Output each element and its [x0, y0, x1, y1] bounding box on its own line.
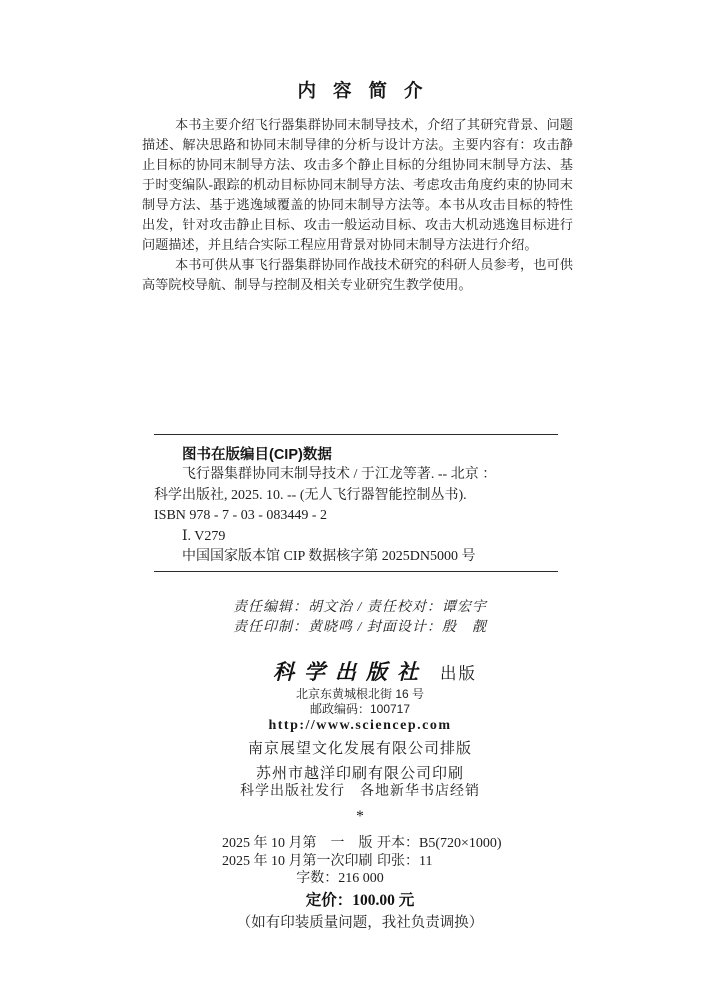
quality-note: （如有印装质量问题，我社负责调换）: [0, 913, 720, 933]
distribution-line: 科学出版社发行 各地新华书店经销: [0, 783, 720, 801]
cip-header: 图书在版编目(CIP)数据: [154, 445, 558, 465]
credits-printing-line: 责任印制：黄晓鸣 / 封面设计：殷 靓: [0, 618, 720, 638]
cip-divider-bottom: [154, 571, 558, 572]
publisher-address: 北京东黄城根北街 16 号: [0, 687, 720, 701]
impression-date: 2025 年 10 月第一次印刷: [222, 853, 373, 870]
cip-data-block: 图书在版编目(CIP)数据 飞行器集群协同末制导技术 / 于江龙等著. -- 北…: [154, 445, 558, 567]
format-size: 开本：B5(720×1000): [377, 835, 502, 852]
page-title: 内容简介: [0, 80, 720, 102]
cip-classification-line: Ⅰ. V279: [154, 527, 558, 547]
price-line: 定价：100.00 元: [0, 891, 720, 911]
edition-row: 2025 年 10 月第 一 版 开本：B5(720×1000): [0, 835, 720, 852]
publisher-imprint-row: 科学出版社 出版: [0, 659, 720, 685]
summary-paragraph-2: 本书可供从事飞行器集群协同作战技术研究的科研人员参考，也可供高等院校导航、制导与…: [142, 255, 573, 295]
printer-line: 苏州市越洋印刷有限公司印刷: [0, 764, 720, 784]
separator-asterisk: *: [0, 808, 720, 826]
typesetter-line: 南京展望文化发展有限公司排版: [0, 739, 720, 759]
publisher-url: http://www.sciencep.com: [0, 717, 720, 735]
cip-registry-line: 中国国家版本馆 CIP 数据核字第 2025DN5000 号: [154, 547, 558, 567]
staff-credits: 责任编辑：胡文治 / 责任校对：谭宏宇 责任印制：黄晓鸣 / 封面设计：殷 靓: [0, 598, 720, 638]
publisher-suffix: 出版: [440, 665, 477, 683]
cip-publisher-line: 科学出版社, 2025. 10. -- (无人飞行器智能控制丛书).: [154, 486, 558, 506]
cip-title-author-line: 飞行器集群协同末制导技术 / 于江龙等著. -- 北京 ：: [154, 465, 558, 485]
summary-paragraph-1: 本书主要介绍飞行器集群协同末制导技术，介绍了其研究背景、问题描述、解决思路和协同…: [142, 115, 573, 255]
book-copyright-page: 内容简介 本书主要介绍飞行器集群协同末制导技术，介绍了其研究背景、问题描述、解决…: [0, 0, 720, 1000]
word-count: 字数：216 000: [0, 870, 680, 888]
science-press-logo: 科学出版社: [273, 660, 428, 684]
sheet-count: 印张：11: [377, 853, 432, 870]
credits-editor-line: 责任编辑：胡文治 / 责任校对：谭宏宇: [0, 598, 720, 618]
cip-isbn-line: ISBN 978 - 7 - 03 - 083449 - 2: [154, 506, 558, 526]
cip-divider-top: [154, 434, 558, 435]
impression-row: 2025 年 10 月第一次印刷 印张：11: [0, 853, 720, 870]
content-summary: 本书主要介绍飞行器集群协同末制导技术，介绍了其研究背景、问题描述、解决思路和协同…: [142, 115, 573, 295]
publisher-postcode: 邮政编码：100717: [0, 702, 720, 716]
edition-date: 2025 年 10 月第 一 版: [222, 835, 373, 852]
